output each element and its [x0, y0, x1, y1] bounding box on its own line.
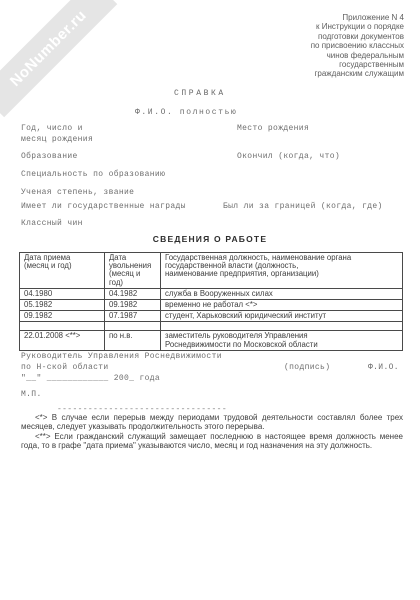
- field-birth-place: Место рождения: [237, 123, 309, 134]
- field-graduated: Окончил (когда, что): [237, 151, 340, 162]
- field-specialty: Специальность по образованию: [21, 169, 165, 180]
- work-history-table: Дата приема (месяц и год) Дата увольнени…: [19, 252, 403, 351]
- cell-hire-date: 22.01.2008 <**>: [20, 331, 105, 350]
- signature-role-line1: Руководитель Управления Роснедвижимости: [21, 351, 222, 362]
- watermark-band: NoNumber.ru: [0, 0, 117, 117]
- cell-position: [161, 322, 403, 331]
- table-row: 05.1982 09.1982 временно не работал <*>: [20, 300, 403, 311]
- header-cell-hire-date: Дата приема (месяц и год): [20, 253, 105, 289]
- cell-leave-date: по н.в.: [105, 331, 161, 350]
- signature-fio-hint: Ф.И.О.: [368, 362, 399, 373]
- document-page: NoNumber.ru Приложение N 4 к Инструкции …: [0, 0, 420, 600]
- watermark-text: NoNumber.ru: [6, 6, 89, 89]
- footnote-2: <**> Если гражданский служащий замещает …: [21, 432, 403, 451]
- header-cell-position: Государственная должность, наименование …: [161, 253, 403, 289]
- signature-date-line: "__" ____________ 200_ года: [21, 373, 160, 384]
- cell-position: студент, Харьковский юридический институ…: [161, 311, 403, 322]
- cell-leave-date: [105, 322, 161, 331]
- signature-role-line2: по Н-ской области: [21, 362, 109, 373]
- annex-header: Приложение N 4 к Инструкции о порядке по…: [311, 13, 404, 79]
- field-education: Образование: [21, 151, 78, 162]
- field-degree: Ученая степень, звание: [21, 187, 134, 198]
- cell-hire-date: 04.1980: [20, 288, 105, 299]
- signature-sign-hint: (подпись): [284, 362, 330, 373]
- table-row-empty: [20, 322, 403, 331]
- table-row: 04.1980 04.1982 служба в Вооруженных сил…: [20, 288, 403, 299]
- field-class-rank: Классный чин: [21, 218, 83, 229]
- fio-line: Ф.И.О. полностью: [135, 107, 237, 118]
- cell-leave-date: 04.1982: [105, 288, 161, 299]
- cell-leave-date: 07.1987: [105, 311, 161, 322]
- cell-leave-date: 09.1982: [105, 300, 161, 311]
- table-row: 22.01.2008 <**> по н.в. заместитель руко…: [20, 331, 403, 350]
- field-abroad: Был ли за границей (когда, где): [223, 201, 383, 212]
- field-awards: Имеет ли государственные награды: [21, 201, 186, 212]
- footnote-1: <*> В случае если перерыв между периодам…: [21, 413, 403, 432]
- cell-position: служба в Вооруженных силах: [161, 288, 403, 299]
- cell-position: заместитель руководителя Управления Росн…: [161, 331, 403, 350]
- seal-mark: М.П.: [21, 389, 42, 400]
- cell-position: временно не работал <*>: [161, 300, 403, 311]
- footnotes-block: <*> В случае если перерыв между периодам…: [21, 413, 403, 450]
- table-header-row: Дата приема (месяц и год) Дата увольнени…: [20, 253, 403, 289]
- cell-hire-date: 09.1982: [20, 311, 105, 322]
- document-title: СПРАВКА: [174, 88, 226, 99]
- field-birth-date: Год, число и месяц рождения: [21, 123, 93, 145]
- header-cell-leave-date: Дата увольнения (месяц и год): [105, 253, 161, 289]
- work-section-title: СВЕДЕНИЯ О РАБОТЕ: [0, 234, 420, 244]
- cell-hire-date: [20, 322, 105, 331]
- table-row: 09.1982 07.1987 студент, Харьковский юри…: [20, 311, 403, 322]
- cell-hire-date: 05.1982: [20, 300, 105, 311]
